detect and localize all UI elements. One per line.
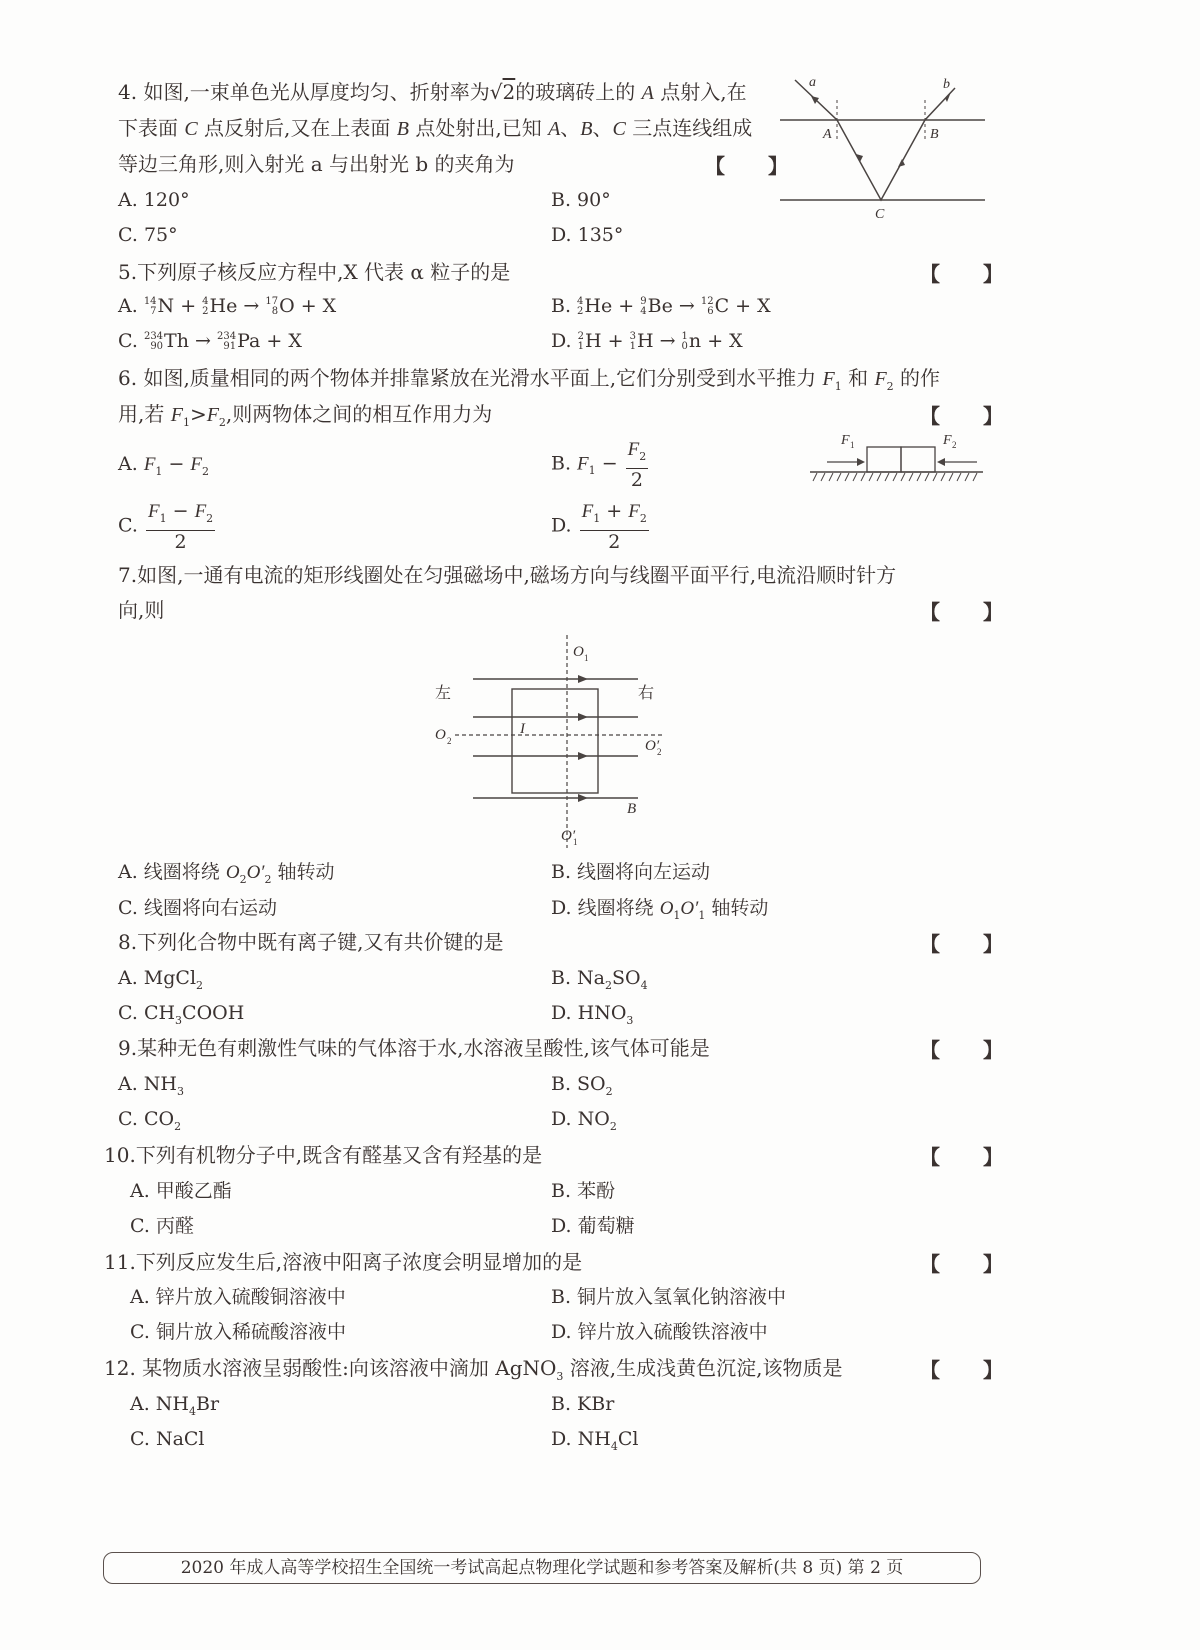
option-c: C. 75° [118,221,178,249]
question-8-stem: 8.下列化合物中既有离子键,又有共价键的是 [118,928,503,956]
option-b: B. 线圈将向左运动 [551,858,710,886]
blocks-diagram: F 1 F 2 [805,425,985,490]
svg-text:O: O [435,727,446,743]
option-d: D. NH4Cl [551,1425,638,1461]
option-d: D. 葡萄糖 [551,1212,635,1240]
question-7-line-1: 7.如图,一通有电流的矩形线圈处在匀强磁场中,磁场方向与线圈平面平行,电流沿顺时… [118,561,896,589]
svg-text:1: 1 [850,440,855,450]
option-d: D. 锌片放入硫酸铁溶液中 [551,1318,768,1346]
option-d: D. F1 + F22 [551,500,649,553]
answer-bracket: 【 】 [920,1034,1021,1063]
option-d: D. NO2 [551,1105,617,1141]
option-a: A. 147N + 42He → 178O + X [118,292,336,320]
answer-bracket: 【 】 [920,1354,1021,1383]
svg-text:F: F [840,433,850,448]
svg-text:B: B [627,801,636,817]
option-a: A. 线圈将绕 O2O′2 轴转动 [118,858,335,894]
question-6-line-1: 6. 如图,质量相同的两个物体并排靠紧放在光滑水平面上,它们分别受到水平推力 F… [118,364,940,401]
question-4-line-1: 4. 如图,一束单色光从厚度均匀、折射率为√2的玻璃砖上的 A 点射入,在 [118,78,747,107]
left-label: 左 [435,684,451,702]
option-b: B. KBr [551,1390,614,1418]
option-b: B. 42He + 94Be → 126C + X [551,292,771,320]
svg-text:2: 2 [952,440,957,450]
question-12-stem: 12. 某物质水溶液呈弱酸性:向该溶液中滴加 AgNO3 溶液,生成浅黄色沉淀,… [104,1354,842,1391]
option-d: D. 21H + 31H → 10n + X [551,327,743,355]
option-a: A. NH3 [118,1070,184,1106]
option-c: C. CO2 [118,1105,181,1141]
option-d: D. HNO3 [551,999,633,1035]
svg-text:a: a [809,75,816,90]
svg-text:O: O [573,644,584,660]
answer-bracket: 【 】 [920,596,1021,625]
option-a: A. 120° [118,186,190,214]
option-c: C. 丙醛 [130,1212,194,1240]
option-a: A. NH4Br [130,1390,219,1426]
refraction-diagram: a b A B C [775,70,990,225]
option-a: A. 甲酸乙酯 [130,1177,232,1205]
answer-bracket: 【 】 [920,928,1021,957]
svg-text:B: B [930,127,939,142]
option-d: D. 线圈将绕 O1O′1 轴转动 [551,894,768,930]
question-4-line-2: 下表面 C 点反射后,又在上表面 B 点处射出,已知 A、B、C 三点连线组成 [118,114,752,143]
option-b: B. 苯酚 [551,1177,615,1205]
question-7-line-2: 向,则 [118,596,164,624]
answer-bracket: 【 】 [920,1248,1021,1277]
option-b: B. 铜片放入氢氧化钠溶液中 [551,1283,786,1311]
option-a: A. MgCl2 [118,964,203,1000]
question-10-stem: 10.下列有机物分子中,既含有醛基又含有羟基的是 [104,1141,542,1169]
svg-text:A: A [822,127,832,142]
option-a: A. 锌片放入硫酸铜溶液中 [130,1283,346,1311]
option-b: B. F1 − F22 [551,438,648,491]
page-footer: 2020 年成人高等学校招生全国统一考试高起点物理化学试题和参考答案及解析(共 … [103,1552,981,1584]
coil-magnetic-field-diagram: O 1 左 右 O 2 I O′ 2 B O′ 1 [425,630,685,850]
question-11-stem: 11.下列反应发生后,溶液中阳离子浓度会明显增加的是 [104,1248,582,1276]
question-6-line-2: 用,若 F1>F2,则两物体之间的相互作用力为 [118,400,492,437]
option-c: C. 铜片放入稀硫酸溶液中 [130,1318,346,1346]
option-b: B. Na2SO4 [551,964,648,1000]
svg-text:2: 2 [447,736,452,746]
option-a: A. F1 − F2 [118,450,209,486]
svg-text:I: I [519,721,526,737]
option-c: C. NaCl [130,1425,205,1453]
svg-text:b: b [943,77,950,92]
svg-text:F: F [942,433,952,448]
option-b: B. 90° [551,186,611,214]
svg-text:C: C [875,207,885,222]
option-c: C. F1 − F22 [118,500,215,553]
svg-text:1: 1 [584,653,589,663]
option-b: B. SO2 [551,1070,613,1106]
option-c: C. 23490Th → 23491Pa + X [118,327,302,355]
option-c: C. CH3COOH [118,999,244,1035]
option-c: C. 线圈将向右运动 [118,894,277,922]
svg-text:1: 1 [573,837,578,847]
right-label: 右 [638,684,654,702]
answer-bracket: 【 】 [920,258,1021,287]
question-9-stem: 9.某种无色有刺激性气味的气体溶于水,水溶液呈酸性,该气体可能是 [118,1034,710,1062]
svg-text:2: 2 [657,747,662,757]
question-4-line-3: 等边三角形,则入射光 a 与出射光 b 的夹角为 [118,150,515,178]
question-5-stem: 5.下列原子核反应方程中,X 代表 α 粒子的是 [118,258,510,286]
option-d: D. 135° [551,221,623,249]
answer-bracket: 【 】 [920,1141,1021,1170]
